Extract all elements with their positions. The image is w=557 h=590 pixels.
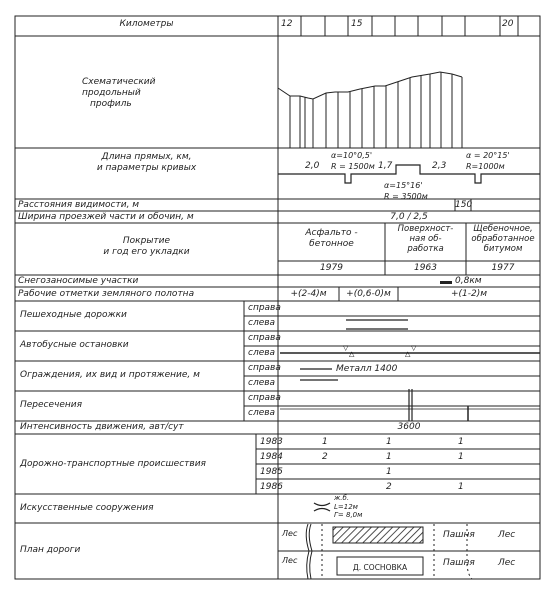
working-mark-value: +(2-4)м — [278, 289, 339, 300]
visibility-value: 150 — [455, 200, 471, 211]
side-left: слева — [248, 378, 275, 389]
straight-length: 2,0 — [305, 161, 319, 172]
fence-label: Ограждения, их вид и протяжение, м — [20, 370, 200, 381]
plan-landuse: Лес — [282, 555, 297, 566]
accident-count: 1 — [386, 452, 392, 463]
accident-count: 2 — [386, 482, 392, 493]
km-tick: 12 — [281, 19, 292, 30]
working-mark-value: +(1-2)м — [398, 289, 540, 300]
accident-count: 1 — [458, 452, 464, 463]
bus-stop-icon: ▽ — [411, 344, 417, 352]
bus-stop-icon: △ — [349, 350, 355, 358]
width-label: Ширина проезжей части и обочин, м — [18, 212, 194, 223]
coverage-type: Поверхност-ная об-работка — [385, 224, 466, 254]
snow-label: Снегозаносимые участки — [18, 276, 138, 287]
curves-label: Длина прямых, км, и параметры кривых — [15, 152, 278, 174]
plan-landuse: Пашня — [443, 558, 475, 569]
accident-year: 1985 — [260, 467, 283, 478]
plan-landuse: Лес — [282, 528, 297, 539]
snow-value: 0,8км — [455, 276, 482, 287]
coverage-type: Асфальто -бетонное — [278, 228, 385, 250]
accident-year: 1986 — [260, 482, 283, 493]
km-header-label: Километры — [15, 19, 278, 30]
structures-label: Искусственные сооружения — [20, 503, 154, 514]
accident-count: 1 — [386, 437, 392, 448]
accident-count: 2 — [322, 452, 328, 463]
side-right: справа — [248, 363, 281, 374]
snow-segment-bar — [440, 281, 452, 284]
accident-count: 1 — [322, 437, 328, 448]
side-right: справа — [248, 393, 281, 404]
intensity-value: 3600 — [278, 422, 540, 433]
straight-length: 1,7 — [378, 161, 392, 172]
bus-label: Автобусные остановки — [20, 340, 129, 351]
curve-params: α = 20°15'R=1000м — [466, 150, 510, 172]
road-passport-sheet: ▽ △ △ ▽ Километры 12 15 20 Схематический… — [0, 0, 557, 590]
side-left: слева — [248, 348, 275, 359]
profile-label: Схематический продольный профиль — [82, 77, 155, 110]
village-label: Д. СОСНОВКА — [337, 562, 423, 573]
visibility-label: Расстояния видимости, м — [18, 200, 139, 211]
km-tick: 20 — [502, 19, 513, 30]
width-value: 7,0 / 2,5 — [278, 212, 540, 223]
plan-landuse: Пашня — [443, 530, 475, 541]
coverage-year: 1963 — [385, 263, 466, 274]
bridge-icon — [314, 503, 330, 511]
fence-value: Металл 1400 — [336, 364, 397, 375]
side-left: слева — [248, 408, 275, 419]
pedestrian-label: Пешеходные дорожки — [20, 310, 127, 321]
accident-count: 1 — [458, 482, 464, 493]
plan-landuse: Лес — [498, 558, 515, 569]
side-right: справа — [248, 303, 281, 314]
curve-params: α=10°0,5'R = 1500м — [331, 150, 375, 172]
working-marks-label: Рабочие отметки земляного полотна — [18, 289, 194, 300]
accident-year: 1984 — [260, 452, 283, 463]
accident-count: 1 — [458, 437, 464, 448]
km-tick: 15 — [351, 19, 362, 30]
coverage-label: Покрытиеи год его укладки — [15, 236, 278, 258]
intersections-label: Пересечения — [20, 400, 82, 411]
plan-label: План дороги — [20, 545, 80, 556]
side-left: слева — [248, 318, 275, 329]
plan-landuse: Лес — [498, 530, 515, 541]
working-mark-value: +(0,6-0)м — [339, 289, 398, 300]
side-right: справа — [248, 333, 281, 344]
coverage-year: 1979 — [278, 263, 385, 274]
structure-details: ж.б.L=12мГ= 8,0м — [334, 494, 362, 520]
curve-params: α=15°16'R = 3500м — [384, 180, 428, 202]
coverage-year: 1977 — [466, 263, 540, 274]
accidents-label: Дорожно-транспортные происшествия — [20, 459, 206, 470]
coverage-type: Щебеночное,обработанноебитумом — [466, 224, 540, 254]
accident-count: 1 — [386, 467, 392, 478]
accident-year: 1983 — [260, 437, 283, 448]
profile-drawing — [278, 72, 462, 148]
straight-length: 2,3 — [432, 161, 446, 172]
intensity-label: Интенсивность движения, авт/сут — [20, 422, 184, 433]
